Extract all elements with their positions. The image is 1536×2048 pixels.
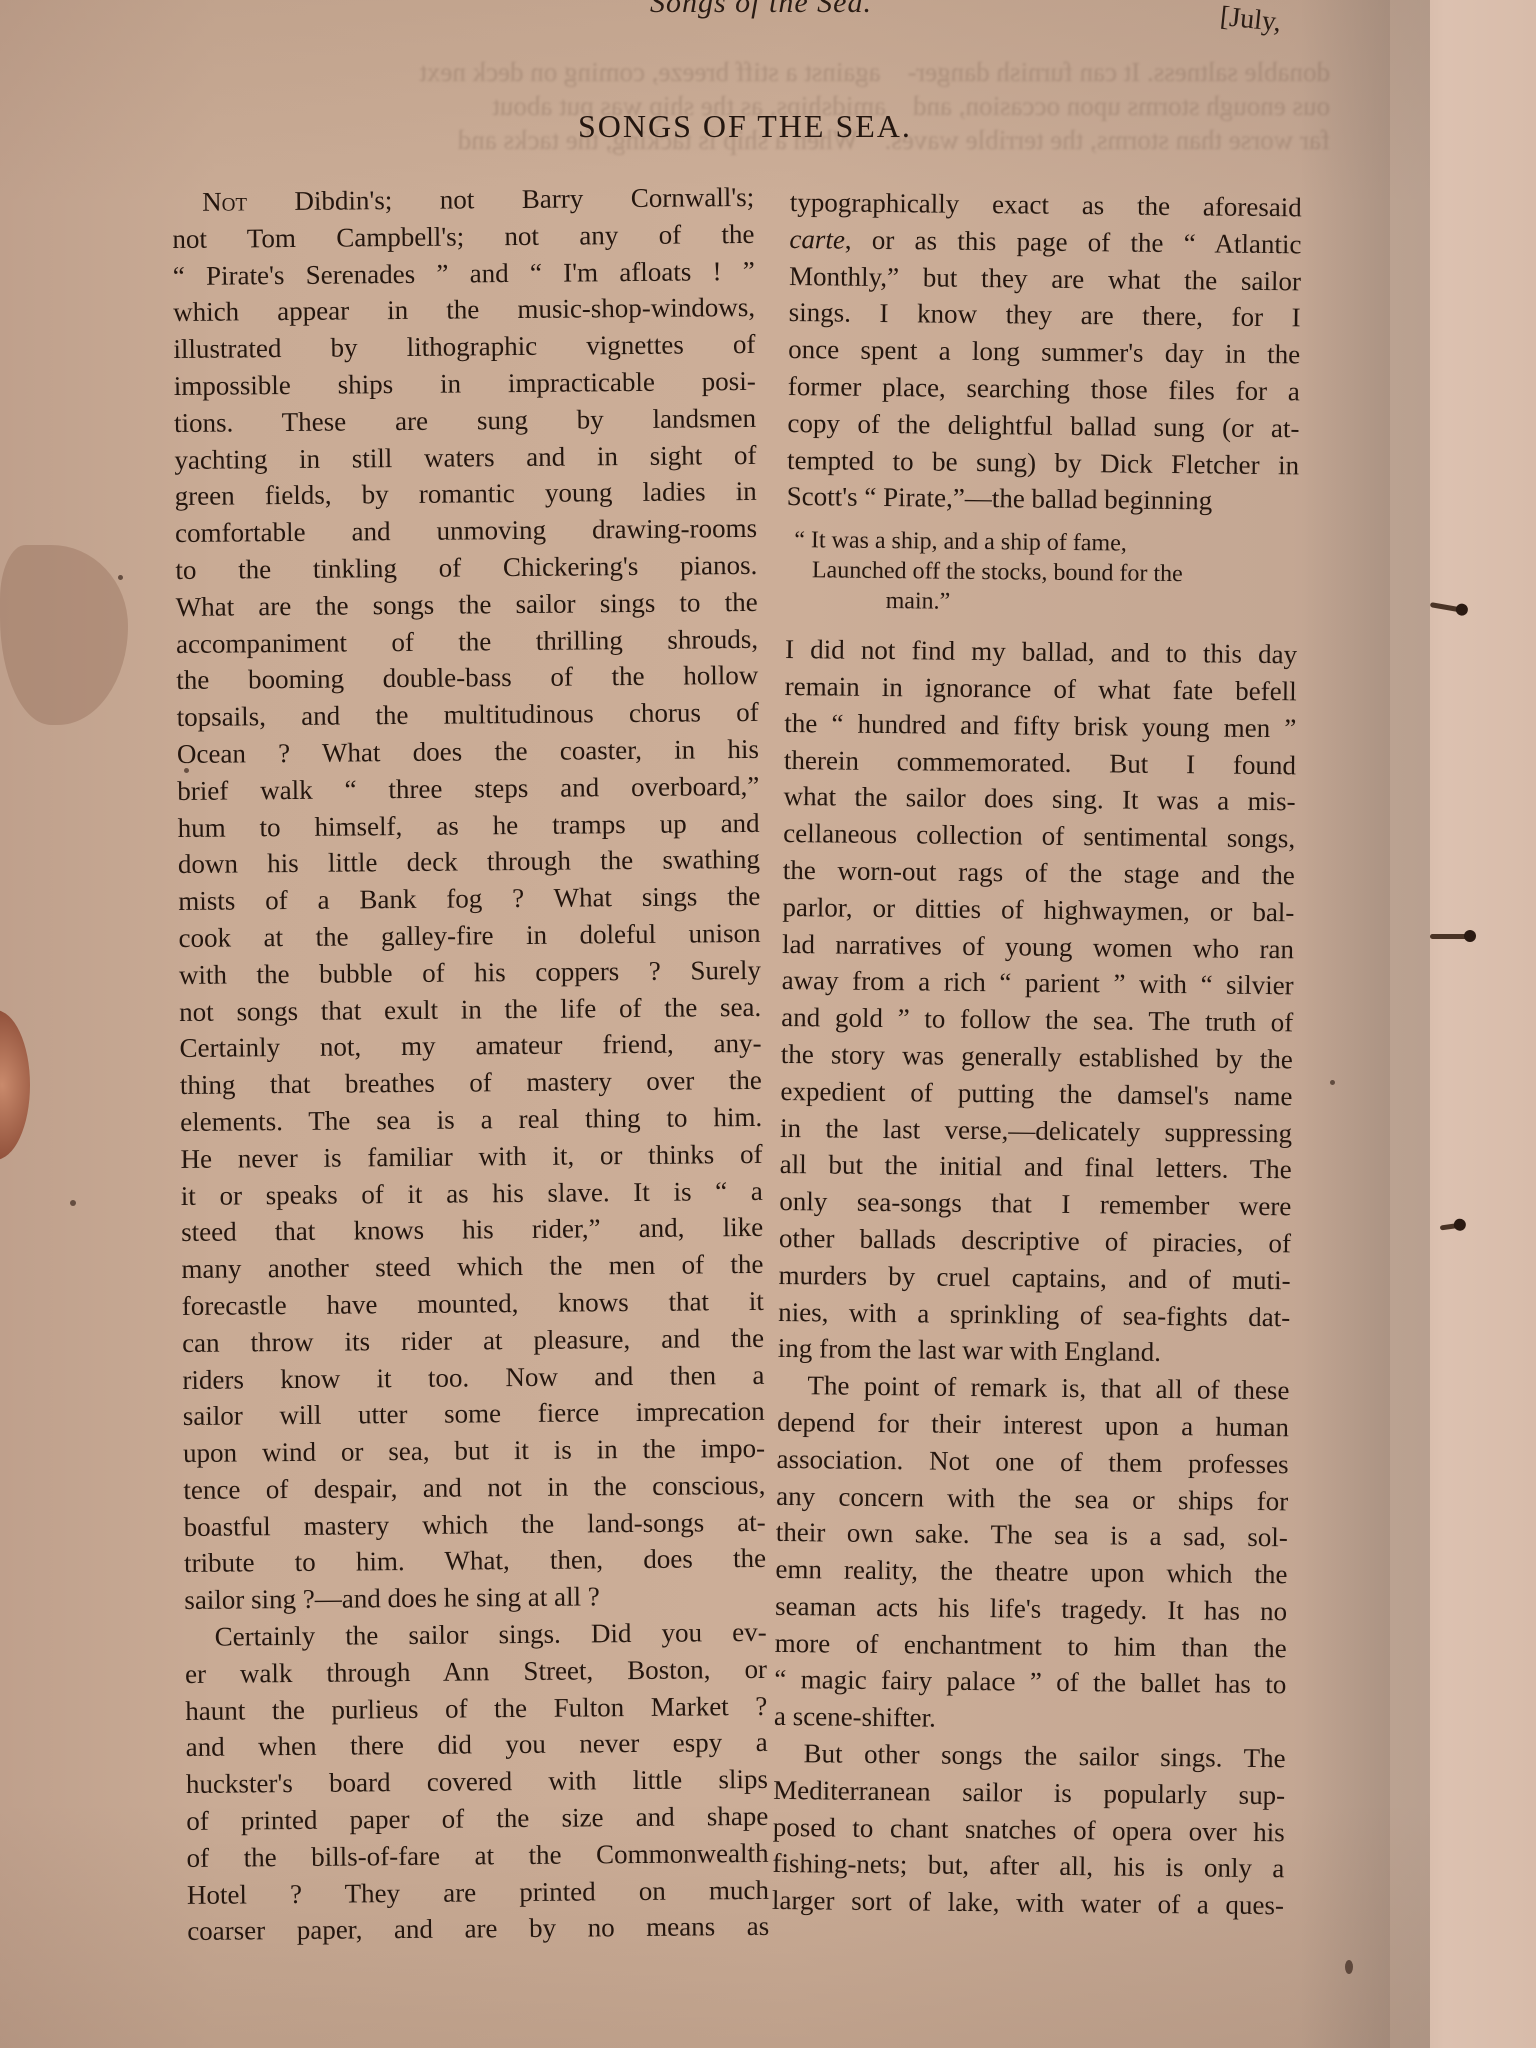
text-line: cellaneous collection of sentimental son… [783, 815, 1295, 857]
text-line: not songs that exult in the life of the … [179, 988, 761, 1030]
text-line: typographically exact as the aforesaid [790, 184, 1302, 226]
text-fragment: Dibdin's; not Barry Cornwall's; [247, 182, 754, 216]
text-line: it or speaks of it as his slave. It is “… [181, 1172, 763, 1214]
text-line: elements. The sea is a real thing to him… [180, 1099, 762, 1141]
text-line: emn reality, the theatre upon which the [775, 1551, 1287, 1593]
verse-line: main.” [785, 585, 1297, 620]
text-line: and gold ” to follow the sea. The truth … [781, 999, 1293, 1041]
text-line: remain in ignorance of what fate befell [785, 668, 1297, 710]
gutter-shadow [1300, 0, 1390, 2048]
text-line: only sea-songs that I remember were [779, 1183, 1291, 1225]
text-line: carte, or as this page of the “ Atlantic [789, 221, 1301, 263]
foxing-spot [118, 575, 123, 580]
water-stain [0, 545, 128, 725]
text-line: tence of despair, and not in the conscio… [183, 1467, 765, 1509]
show-through-line: donable saltness. It can furnish danger-… [419, 57, 1330, 87]
text-line: ing from the last war with England. [778, 1330, 1290, 1372]
text-line: hum to himself, as he tramps up and [177, 804, 759, 846]
text-line: sings. I know they are there, for I [788, 294, 1300, 336]
text-line: their own sake. The sea is a sad, sol- [776, 1514, 1288, 1556]
foxing-spot [1330, 1080, 1335, 1085]
text-line: upon wind or sea, but it is in the impo- [183, 1430, 765, 1472]
dropcap-word: Not [202, 186, 247, 216]
text-line: cook at the galley-fire in doleful uniso… [178, 915, 760, 957]
text-line: copy of the delightful ballad sung (or a… [787, 405, 1299, 447]
verse-line: Launched off the stocks, bound for the [786, 555, 1298, 590]
text-line: many another steed which the men of the [181, 1246, 763, 1288]
running-head: Songs of the Sea. [650, 0, 872, 20]
text-line: larger sort of lake, with water of a que… [772, 1882, 1284, 1924]
text-line: any concern with the sea or ships for [776, 1477, 1288, 1519]
text-line: steed that knows his rider,” and, like [181, 1209, 763, 1251]
text-line: seaman acts his life's tragedy. It has n… [775, 1588, 1287, 1630]
binding-thread [1430, 934, 1472, 939]
text-line: huckster's board covered with little sli… [186, 1761, 768, 1803]
text-line: expedient of putting the damsel's name [780, 1073, 1292, 1115]
text-line: mists of a Bank fog ? What sings the [178, 878, 760, 920]
foxing-spot [184, 768, 189, 773]
text-line: sailor will utter some fierce imprecatio… [183, 1393, 765, 1435]
foxing-spot [70, 1200, 76, 1206]
text-line: coarser paper, and are by no means as [187, 1908, 769, 1950]
text-line: But other songs the sailor sings. The [773, 1735, 1285, 1777]
text-line: fishing-nets; but, after all, his is onl… [772, 1845, 1284, 1887]
text-line: Certainly not, my amateur friend, any- [179, 1025, 761, 1067]
text-line: depend for their interest upon a human [777, 1404, 1289, 1446]
text-line: away from a rich “ parient ” with “ silv… [781, 962, 1293, 1004]
text-line: comfortable and unmoving drawing-rooms [175, 510, 757, 552]
text-line: What are the songs the sailor sings to t… [176, 584, 758, 626]
text-line: Mediterranean sailor is popularly sup- [773, 1772, 1285, 1814]
right-column: typographically exact as the aforesaid c… [772, 184, 1302, 1924]
foxing-spot [1345, 1960, 1353, 1974]
text-line: more of enchantment to him than the [775, 1625, 1287, 1667]
text-line: thing that breathes of mastery over the [180, 1062, 762, 1104]
text-fragment: , or as this page of the “ Atlantic [845, 224, 1302, 259]
text-line: all but the initial and final letters. T… [780, 1146, 1292, 1188]
text-line: a scene-shifter. [774, 1698, 1286, 1740]
text-line: nies, with a sprinkling of sea-fights da… [778, 1293, 1290, 1335]
text-line: er walk through Ann Street, Boston, or [185, 1651, 767, 1693]
text-line: posed to chant snatches of opera over hi… [773, 1809, 1285, 1851]
text-line: Certainly the sailor sings. Did you ev- [185, 1614, 767, 1656]
text-line: of the bills-of-fare at the Commonwealth [186, 1835, 768, 1877]
text-line: He never is familiar with it, or thinks … [180, 1136, 762, 1178]
text-line: Hotel ? They are printed on much [187, 1872, 769, 1914]
text-line: the booming double-bass of the hollow [176, 657, 758, 699]
text-line: in the last verse,—delicately suppressin… [780, 1109, 1292, 1151]
text-line: haunt the purlieus of the Fulton Market … [185, 1688, 767, 1730]
text-line: I did not find my ballad, and to this da… [785, 631, 1297, 673]
text-line: down his little deck through the swathin… [178, 841, 760, 883]
text-line: riders know it too. Now and then a [182, 1356, 764, 1398]
text-line: can throw its rider at pleasure, and the [182, 1320, 764, 1362]
text-line: Ocean ? What does the coaster, in his [177, 731, 759, 773]
thumb-holding-page [0, 1010, 30, 1160]
text-line: the story was generally established by t… [781, 1036, 1293, 1078]
text-line: to the tinkling of Chickering's pianos. [175, 547, 757, 589]
text-line: sailor sing ?—and does he sing at all ? [184, 1577, 766, 1619]
text-line: The point of remark is, that all of thes… [777, 1367, 1289, 1409]
text-line: other ballads descriptive of piracies, o… [779, 1220, 1291, 1262]
text-line: parlor, or ditties of highwaymen, or bal… [782, 889, 1294, 931]
text-line: the worn-out rags of the stage and the [783, 852, 1295, 894]
article-title: SONGS OF THE SEA. [578, 108, 912, 145]
text-line: not Tom Campbell's; not any of the [172, 216, 754, 258]
text-line: boastful mastery which the land-songs at… [184, 1504, 766, 1546]
text-line: lad narratives of young women who ran [782, 926, 1294, 968]
text-line: green fields, by romantic young ladies i… [175, 473, 757, 515]
text-line: the “ hundred and fifty brisk young men … [784, 705, 1296, 747]
text-line: accompaniment of the thrilling shrouds, [176, 620, 758, 662]
text-line: of printed paper of the size and shape [186, 1798, 768, 1840]
text-line: murders by cruel captains, and of muti- [778, 1257, 1290, 1299]
text-line: Not Dibdin's; not Barry Cornwall's; [172, 179, 754, 221]
text-line: Scott's “ Pirate,”—the ballad beginning [787, 478, 1299, 520]
text-line: which appear in the music-shop-windows, [173, 289, 755, 331]
left-column: Not Dibdin's; not Barry Cornwall's; not … [172, 179, 769, 1950]
text-line: tribute to him. What, then, does the [184, 1540, 766, 1582]
text-line: yachting in still waters and in sight of [174, 436, 756, 478]
text-line: impossible ships in impracticable posi- [174, 363, 756, 405]
text-line: “ magic fairy palace ” of the ballet has… [774, 1661, 1286, 1703]
text-line: topsails, and the multitudinous chorus o… [176, 694, 758, 736]
text-line: with the bubble of his coppers ? Surely [179, 952, 761, 994]
text-line: what the sailor does sing. It was a mis- [783, 778, 1295, 820]
text-line: and when there did you never espy a [185, 1724, 767, 1766]
text-line: former place, searching those files for … [788, 368, 1300, 410]
book-page: donable saltness. It can furnish danger-… [0, 0, 1430, 2048]
text-line: forecastle have mounted, knows that it [182, 1283, 764, 1325]
text-line: Monthly,” but they are what the sailor [789, 258, 1301, 300]
text-line: “ Pirate's Serenades ” and “ I'm afloats… [173, 253, 755, 295]
text-line: brief walk “ three steps and overboard,” [177, 768, 759, 810]
text-line: tempted to be sung) by Dick Fletcher in [787, 442, 1299, 484]
text-line: therein commemorated. But I found [784, 742, 1296, 784]
text-line: illustrated by lithographic vignettes of [173, 326, 755, 368]
text-line: once spent a long summer's day in the [788, 331, 1300, 373]
italic-word: carte [789, 224, 845, 255]
running-date: [July, [1218, 1, 1282, 39]
text-line: tions. These are sung by landsmen [174, 400, 756, 442]
ballad-quotation: “ It was a ship, and a ship of fame, Lau… [785, 525, 1298, 620]
text-line: association. Not one of them professes [776, 1441, 1288, 1483]
